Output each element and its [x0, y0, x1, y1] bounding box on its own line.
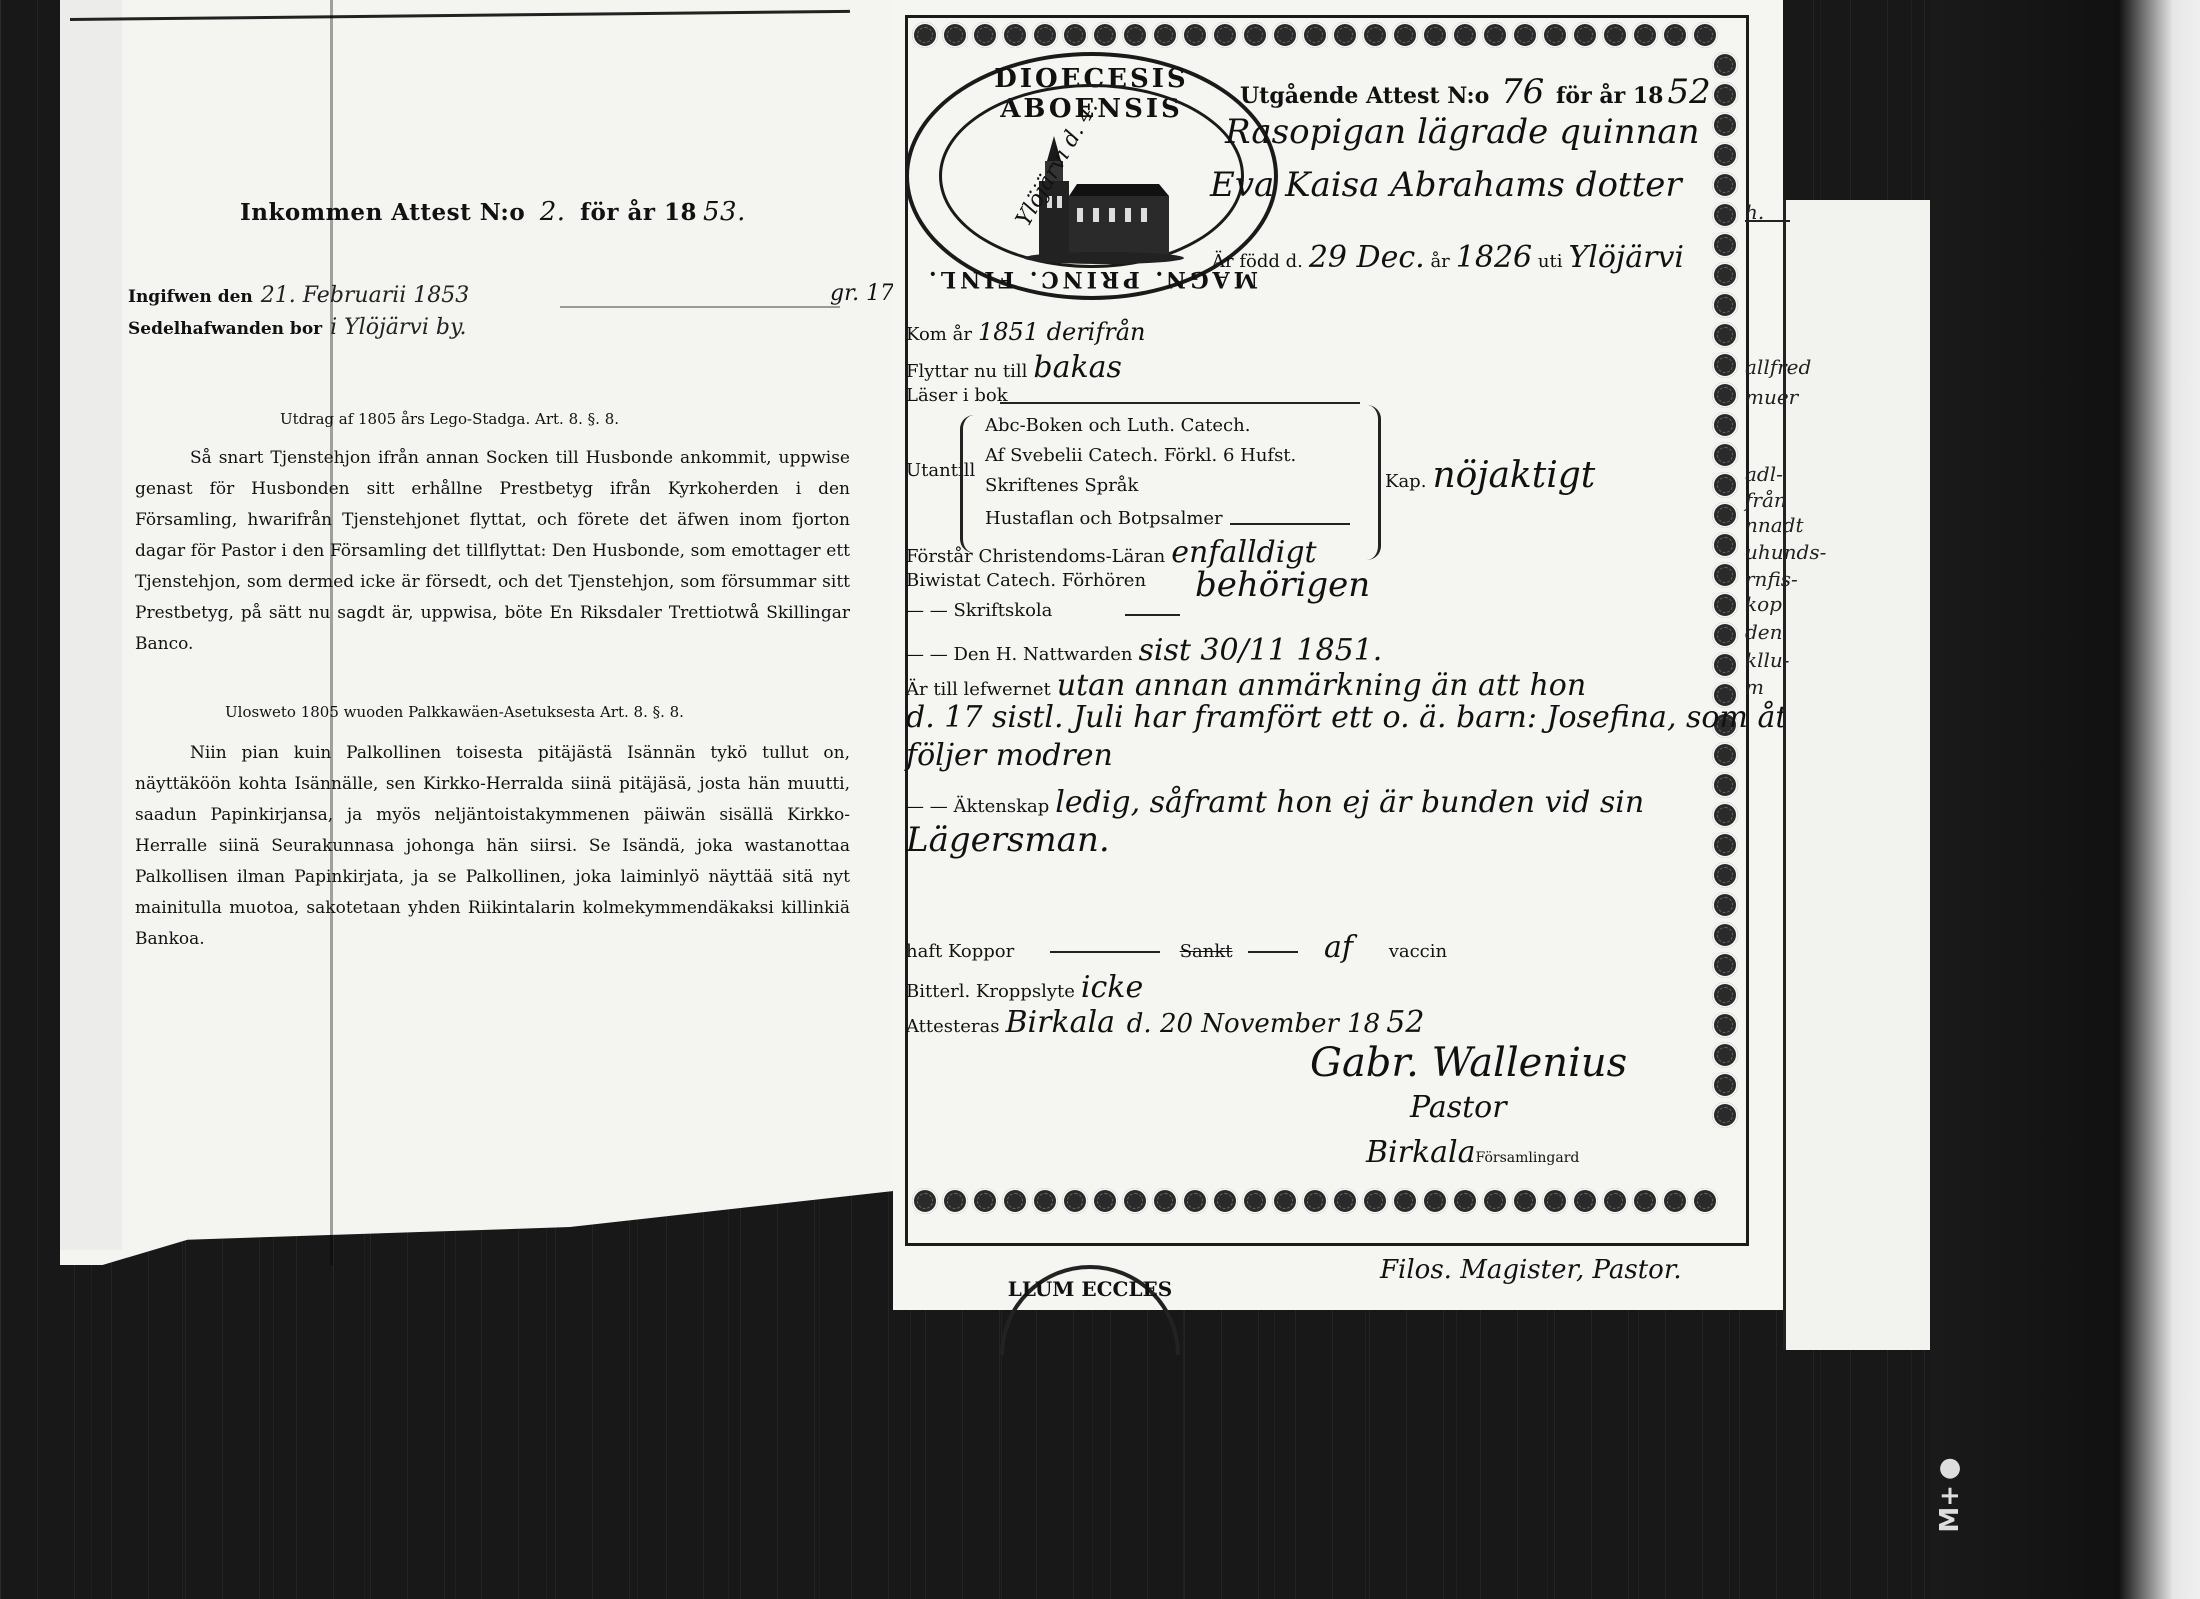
field-holder-resides: Sedelhafwanden bori Ylöjärvi by.: [128, 315, 466, 340]
bracket-left: [960, 415, 981, 553]
strip-note: h.: [1745, 200, 1764, 224]
strip-note: den: [1745, 620, 1783, 644]
rosette-border-top: [912, 22, 1718, 48]
field-moving-to: Flyttar nu tillbakas: [906, 350, 1122, 385]
section-heading-finnish: Ulosweto 1805 wuoden Palkkawäen-Asetukse…: [225, 703, 684, 721]
field-rule: [560, 306, 840, 308]
strip-note: kllu-: [1745, 648, 1790, 672]
strip-note: m: [1745, 675, 1764, 699]
film-frame-marker: M+●: [1935, 1455, 1965, 1533]
field-rule: [1125, 614, 1180, 616]
field-smallpox: haft Koppor Sankt af vaccin: [906, 930, 1447, 965]
strip-note: nnadt: [1745, 513, 1804, 537]
field-confirmation-school: — — Skriftskola: [906, 600, 1052, 621]
conduct-line: d. 17 sistl. Juli har framfört ett o. ä.…: [906, 700, 1798, 735]
by-heart-item: Af Svebelii Catech. Förkl. 6 Hufst.: [985, 445, 1296, 466]
strip-note: från: [1745, 488, 1787, 512]
person-description: Rasopigan lägrade quinnan: [1225, 112, 1700, 152]
field-marital-status: — — Äktenskapledig, såframt hon ej är bu…: [906, 785, 1644, 820]
regulation-text-finnish: Niin pian kuin Palkollinen toisesta pitä…: [135, 738, 850, 955]
page-edge: [60, 0, 122, 1250]
bottom-seal-fragment: LLUM ECCLES: [1000, 1265, 1180, 1355]
strip-note: adl-: [1745, 462, 1783, 486]
field-reads-book: Läser i bok: [906, 385, 1008, 406]
strip-note: rnfis-: [1745, 567, 1798, 591]
section-heading-swedish: Utdrag af 1805 års Lego-Stadga. Art. 8. …: [280, 410, 619, 428]
strip-note: uhunds-: [1745, 540, 1826, 564]
strip-note: kop: [1745, 592, 1782, 616]
field-rule: [1000, 402, 1360, 404]
field-attested: AttesterasBirkala d. 20 November 1852: [906, 1005, 1424, 1040]
certificate-number: 2.: [540, 197, 566, 227]
conduct-line: följer modren: [906, 738, 1113, 773]
outgoing-certificate-title: Utgående Attest N:o 76 för år 1852: [1240, 72, 1715, 112]
pastor-signature: Gabr. Wallenius: [1310, 1040, 1627, 1086]
bottom-strip-note: Filos. Magister, Pastor.: [1380, 1255, 1682, 1285]
marital-status-line: Lägersman.: [906, 820, 1110, 860]
field-rule: [1230, 523, 1350, 525]
strip-note: muer: [1745, 385, 1798, 409]
margin-note: gr. 17: [830, 281, 894, 306]
field-conduct: Är till lefwernetutan annan anmärkning ä…: [906, 668, 1586, 703]
person-name: Eva Kaisa Abrahams dotter: [1210, 165, 1682, 205]
field-communion: — — Den H. Nattwardensist 30/11 1851.: [906, 633, 1382, 668]
certificate-number: 76: [1501, 72, 1544, 112]
rosette-border-bottom: [912, 1188, 1718, 1214]
by-heart-item: Abc-Boken och Luth. Catech.: [985, 415, 1250, 436]
field-arrived-year: Kom år1851 derifrån: [906, 318, 1145, 346]
signature-title: Pastor: [1410, 1090, 1507, 1125]
field-birth: Är född d.29 Dec. år1826 utiYlöjärvi: [1212, 240, 1684, 275]
rosette-border-right: [1712, 52, 1738, 1128]
strip-note: allfred: [1745, 355, 1811, 379]
regulation-text-swedish: Så snart Tjenstehjon ifrån annan Socken …: [135, 443, 850, 660]
incoming-certificate-title: Inkommen Attest N:o 2. för år 1853.: [240, 197, 752, 227]
field-attended-catechism: Biwistat Catech. Förhören: [906, 570, 1146, 591]
microfilm-edge: [1930, 0, 2200, 1599]
by-heart-item: Skriftenes Språk: [985, 475, 1138, 496]
field-by-heart-result: Kap.nöjaktigt: [1385, 455, 1595, 496]
by-heart-item: Hustaflan och Botpsalmer: [985, 508, 1223, 529]
field-physical-defect: Bitterl. Kroppslyteicke: [906, 970, 1143, 1005]
bracket-right: [1360, 405, 1381, 560]
field-submitted-date: Ingifwen den21. Februarii 1853: [128, 283, 469, 308]
parish-line: BirkalaFörsamlingard: [1360, 1135, 1579, 1170]
catechism-value: behörigen: [1195, 565, 1370, 605]
